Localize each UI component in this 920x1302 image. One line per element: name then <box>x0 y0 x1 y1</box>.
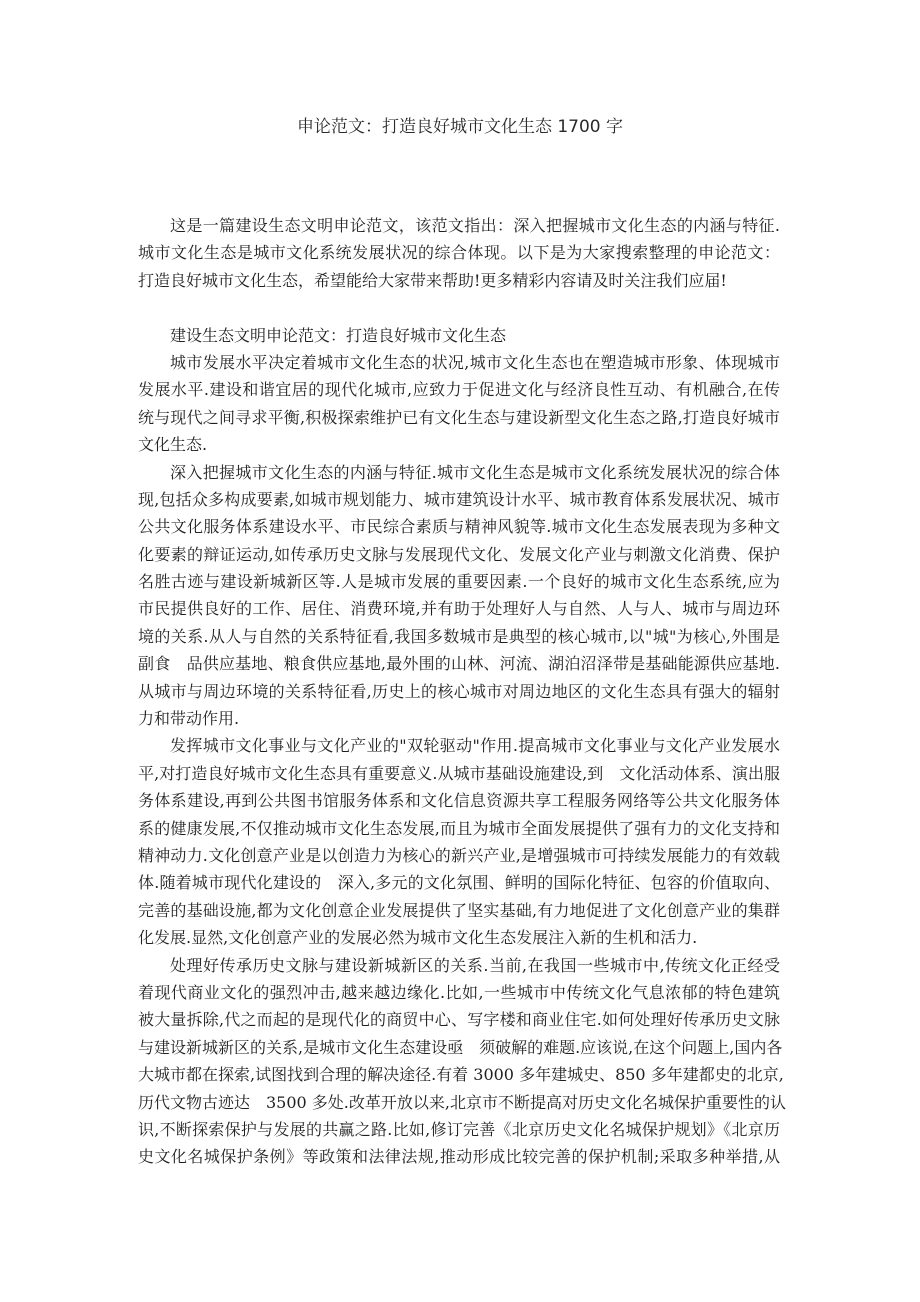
text-line: 平,对打造良好城市文化生态具有重要意义.从城市基础设施建设,到 文化活动体系、演… <box>138 760 780 787</box>
paragraph-2: 深入把握城市文化生态的内涵与特征.城市文化生态是城市文化系统发展状况的综合体 现… <box>138 459 780 733</box>
text-line: 化要素的辩证运动,如传承历史文脉与发展现代文化、发展文化产业与刺激文化消费、保护 <box>138 541 780 568</box>
paragraph-intro: 这是一篇建设生态文明申论范文，该范文指出：深入把握城市文化生态的内涵与特征. 城… <box>138 212 780 294</box>
text-line: 力和带动作用. <box>138 705 780 732</box>
text-line: 着现代商业文化的强烈冲击,越来越边缘化.比如,一些城市中传统文化气息浓郁的特色建… <box>138 979 780 1006</box>
text-line: 城市文化生态是城市文化系统发展状况的综合体现。以下是为大家搜索整理的申论范文： <box>138 239 780 266</box>
text-line: 这是一篇建设生态文明申论范文，该范文指出：深入把握城市文化生态的内涵与特征. <box>138 212 780 239</box>
document-title: 申论范文：打造良好城市文化生态 1700 字 <box>0 115 920 139</box>
text-line: 现,包括众多构成要素,如城市规划能力、城市建筑设计水平、城市教育体系发展状况、城… <box>138 486 780 513</box>
text-line: 发挥城市文化事业与文化产业的"双轮驱动"作用.提高城市文化事业与文化产业发展水 <box>138 732 780 759</box>
paragraph-4: 处理好传承历史文脉与建设新城新区的关系.当前,在我国一些城市中,传统文化正经受 … <box>138 952 780 1171</box>
text-line: 打造良好城市文化生态，希望能给大家带来帮助!更多精彩内容请及时关注我们应届! <box>138 267 780 294</box>
text-line: 名胜古迹与建设新城新区等.人是城市发展的重要因素.一个良好的城市文化生态系统,应… <box>138 568 780 595</box>
text-line: 被大量拆除,代之而起的是现代化的商贸中心、写字楼和商业住宅.如何处理好传承历史文… <box>138 1006 780 1033</box>
text-line: 化发展.显然,文化创意产业的发展必然为城市文化生态发展注入新的生机和活力. <box>138 924 780 951</box>
text-line: 城市发展水平决定着城市文化生态的状况,城市文化生态也在塑造城市形象、体现城市 <box>138 349 780 376</box>
text-line: 发展水平.建设和谐宜居的现代化城市,应致力于促进文化与经济良性互动、有机融合,在… <box>138 376 780 403</box>
text-line: 从城市与周边环境的关系特征看,历史上的核心城市对周边地区的文化生态具有强大的辐射 <box>138 678 780 705</box>
text-line: 史文化名城保护条例》等政策和法律法规,推动形成比较完善的保护机制;采取多种举措,… <box>138 1143 780 1170</box>
text-line: 公共文化服务体系建设水平、市民综合素质与精神风貌等.城市文化生态发展表现为多种文 <box>138 513 780 540</box>
text-line: 精神动力.文化创意产业是以创造力为核心的新兴产业,是增强城市可持续发展能力的有效… <box>138 842 780 869</box>
text-line: 处理好传承历史文脉与建设新城新区的关系.当前,在我国一些城市中,传统文化正经受 <box>138 952 780 979</box>
text-line: 文化生态. <box>138 431 780 458</box>
text-line: 历代文物古迹达 3500 多处.改革开放以来,北京市不断提高对历史文化名城保护重… <box>138 1089 780 1116</box>
text-line: 系的健康发展,不仅推动城市文化生态发展,而且为城市全面发展提供了强有力的文化支持… <box>138 815 780 842</box>
document-body: 这是一篇建设生态文明申论范文，该范文指出：深入把握城市文化生态的内涵与特征. 城… <box>138 212 780 1171</box>
text-line: 完善的基础设施,都为文化创意企业发展提供了坚实基础,有力地促进了文化创意产业的集… <box>138 897 780 924</box>
text-line: 务体系建设,再到公共图书馆服务体系和文化信息资源共享工程服务网络等公共文化服务体 <box>138 787 780 814</box>
text-line: 市民提供良好的工作、居住、消费环境,并有助于处理好人与自然、人与人、城市与周边环 <box>138 595 780 622</box>
paragraph-1: 城市发展水平决定着城市文化生态的状况,城市文化生态也在塑造城市形象、体现城市 发… <box>138 349 780 459</box>
text-line: 与建设新城新区的关系,是城市文化生态建设亟 须破解的难题.应该说,在这个问题上,… <box>138 1034 780 1061</box>
text-line: 大城市都在探索,试图找到合理的解决途径.有着 3000 多年建城史、850 多年… <box>138 1061 780 1088</box>
text-line: 副食 品供应基地、粮食供应基地,最外围的山林、河流、湖泊沼泽带是基础能源供应基地… <box>138 650 780 677</box>
text-line: 深入把握城市文化生态的内涵与特征.城市文化生态是城市文化系统发展状况的综合体 <box>138 459 780 486</box>
paragraph-3: 发挥城市文化事业与文化产业的"双轮驱动"作用.提高城市文化事业与文化产业发展水 … <box>138 732 780 951</box>
section-subtitle: 建设生态文明申论范文：打造良好城市文化生态 <box>138 322 780 349</box>
document-page: 申论范文：打造良好城市文化生态 1700 字 这是一篇建设生态文明申论范文，该范… <box>0 0 920 1302</box>
text-line: 体.随着城市现代化建设的 深入,多元的文化氛围、鲜明的国际化特征、包容的价值取向… <box>138 869 780 896</box>
paragraph-gap <box>138 294 780 321</box>
subtitle-line: 建设生态文明申论范文：打造良好城市文化生态 <box>138 322 780 349</box>
text-line: 识,不断探索保护与发展的共赢之路.比如,修订完善《北京历史文化名城保护规划》《北… <box>138 1116 780 1143</box>
text-line: 统与现代之间寻求平衡,积极探索维护已有文化生态与建设新型文化生态之路,打造良好城… <box>138 404 780 431</box>
text-line: 境的关系.从人与自然的关系特征看,我国多数城市是典型的核心城市,以"城"为核心,… <box>138 623 780 650</box>
